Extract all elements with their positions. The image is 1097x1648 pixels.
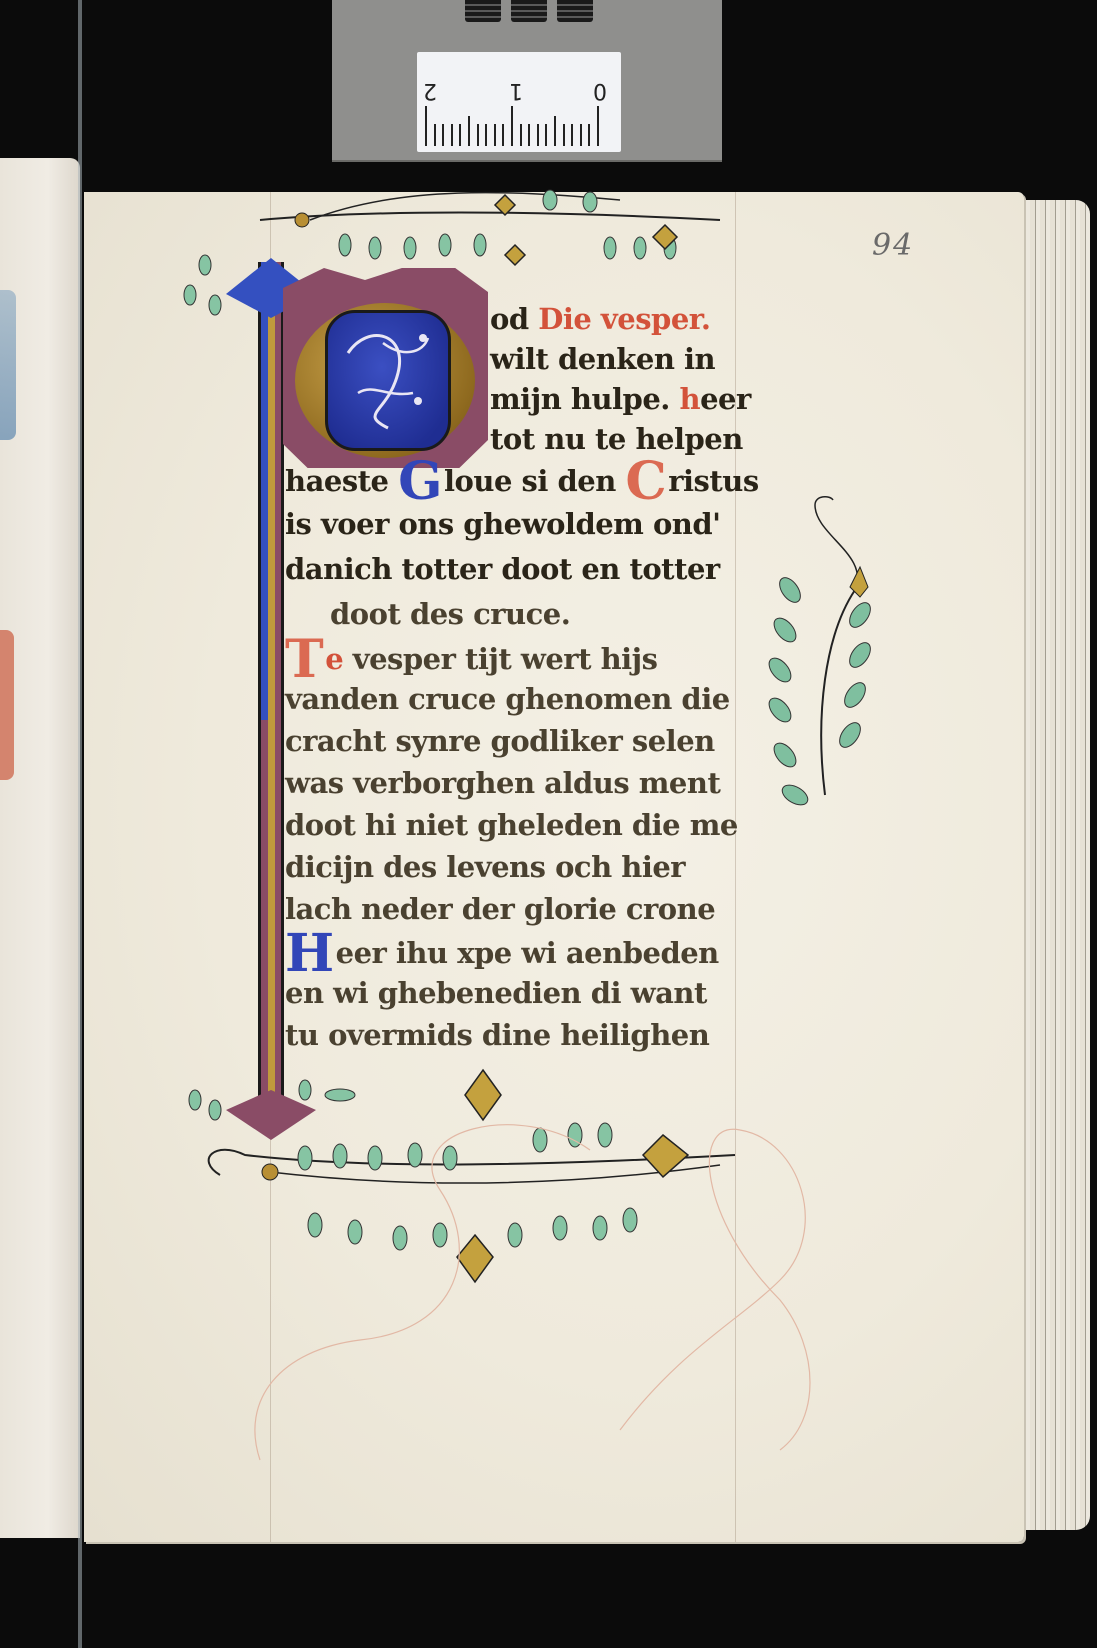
- text-line-3: mijn hulpe. heer: [490, 382, 751, 422]
- ruler-tick: [520, 124, 522, 146]
- text-line-15: lach neder der glorie crone: [285, 892, 715, 932]
- clamp-clips: [465, 0, 593, 22]
- ruler-tick: [494, 124, 496, 146]
- text-line-5: haeste Gloue si den Cristus: [285, 462, 759, 502]
- facing-page-illumination-blue: [0, 290, 16, 440]
- text-line-17: en wi ghebenedien di want: [285, 976, 707, 1016]
- text-line-18: tu overmids dine heilighen: [285, 1018, 709, 1058]
- initial-foliage-top-icon: [175, 250, 255, 330]
- lombard-initial-blue: H: [285, 923, 334, 984]
- text-line-13: doot hi niet gheleden die me: [285, 808, 738, 848]
- text-line-1: od Die vesper.: [490, 302, 711, 342]
- ruler-label-2: 2: [423, 78, 437, 103]
- ruler-tick: [502, 124, 504, 146]
- lombard-initial-blue: G: [398, 451, 442, 512]
- ruler-tick: [477, 124, 479, 146]
- ruler-tick: [434, 124, 436, 146]
- text-line-14: dicijn des levens och hier: [285, 850, 685, 890]
- pencil-scribble-marks: [220, 1100, 860, 1480]
- text-line-6: is voer ons ghewoldem ond': [285, 507, 721, 547]
- ruler-tick: [537, 124, 539, 146]
- ruler-tick: [451, 124, 453, 146]
- ruler-tick: [468, 116, 470, 146]
- ruler-tick: [597, 106, 599, 146]
- ruler-tick: [571, 124, 573, 146]
- ruler-label-0: 0: [593, 78, 607, 103]
- glass-plate-edge: [78, 0, 82, 1648]
- text-line-16: Heer ihu xpe wi aenbeden: [285, 934, 719, 974]
- initial-filigree-icon: [328, 313, 448, 448]
- facing-page-illumination-red: [0, 630, 14, 780]
- text-line-4: tot nu te helpen: [490, 422, 743, 462]
- ruler-label-1: 1: [509, 78, 523, 103]
- text-line-12: was verborghen aldus ment: [285, 766, 720, 806]
- top-foliage-border-icon: [250, 190, 770, 290]
- ruler-tick: [554, 116, 556, 146]
- ruler-tick: [528, 124, 530, 146]
- ruler: 2 1 0: [417, 52, 621, 152]
- ruler-tick: [545, 124, 547, 146]
- illuminated-initial-blue-field: [325, 310, 451, 451]
- lombard-initial-red: T: [285, 629, 323, 690]
- rubric-heading: Die vesper: [538, 302, 701, 336]
- ruler-tick: [588, 124, 590, 146]
- text-line-8: doot des cruce.: [330, 597, 570, 637]
- text-line-9: Te vesper tijt wert hijs: [285, 640, 658, 680]
- ruler-tick: [425, 106, 427, 146]
- margin-foliage-sprig-icon: [755, 495, 885, 815]
- ruler-tick: [511, 106, 513, 146]
- text-line-7: danich totter doot en totter: [285, 552, 720, 592]
- ruler-tick: [485, 124, 487, 146]
- text-line-11: cracht synre godliker selen: [285, 724, 715, 764]
- text-line-10: vanden cruce ghenomen die: [285, 682, 730, 722]
- lombard-initial-red: C: [625, 451, 666, 512]
- ruler-tick: [580, 124, 582, 146]
- folio-number: 94: [872, 228, 914, 263]
- initial-border-bar-lower: [258, 720, 284, 1112]
- ruler-tick: [459, 124, 461, 146]
- text-line-2: wilt denken in: [490, 342, 715, 382]
- ruler-tick: [563, 124, 565, 146]
- ruler-tick: [442, 124, 444, 146]
